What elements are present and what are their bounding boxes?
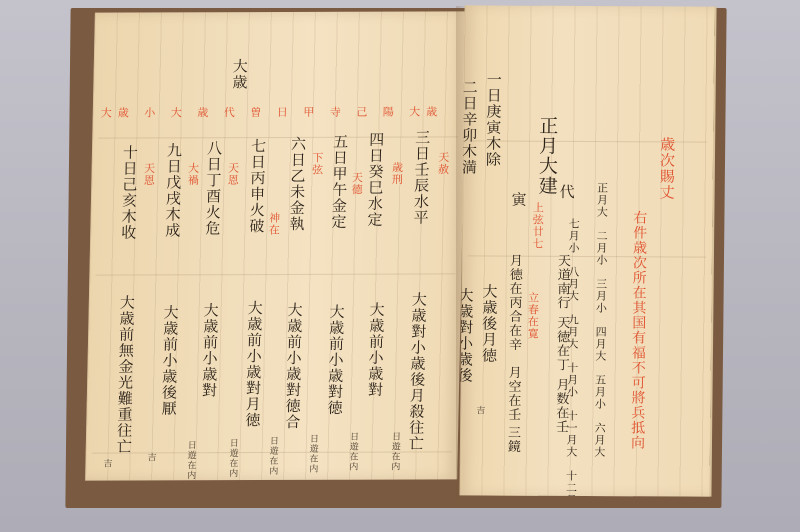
- right-page: 歳次賜丈 右件歳次所在其国有福不可將兵抵向 正月大 二月小 三月小 四月大 五月…: [459, 5, 714, 496]
- day-red-note: 神在: [268, 212, 280, 236]
- day-entry: 三日壬辰水平: [412, 129, 429, 225]
- day-entry: 七日丙申火破: [248, 138, 265, 234]
- small-note: 吉: [145, 452, 154, 462]
- small-note: 日遊在内: [347, 432, 357, 472]
- lower-entry: 大歳前小歳對: [201, 302, 218, 398]
- gettoku-column: 月徳在丙合在辛: [507, 254, 521, 352]
- lower-entry: 大歳前小歳對: [367, 302, 384, 398]
- lower-entry: 大歳前無金光難重往亡: [116, 294, 134, 454]
- red-note: 右件歳次所在其国有福不可將兵抵向: [630, 210, 647, 450]
- first-month-title: 正月大建: [537, 116, 557, 196]
- tentoku-column: 天徳在丁: [555, 316, 569, 372]
- day-entry: 六日乙未金執: [288, 136, 305, 232]
- day-red-note: 天德: [351, 172, 363, 196]
- left-page: 大歳 大歳 小 大 歳 代 曽 日 甲 寺 己 陽 大歳 三日壬辰水平 天赦 四…: [85, 11, 467, 480]
- month-label-dai: 代: [559, 184, 574, 200]
- month-item: 六月大: [594, 422, 605, 458]
- lower-entry: 大歳前小歳對月徳: [244, 300, 262, 428]
- month-item: 五月小: [594, 374, 605, 410]
- top-mark: 大歳: [231, 58, 247, 90]
- month-item: 三月小: [595, 278, 606, 314]
- lower-entry: 大歳後月徳: [481, 283, 497, 363]
- small-note: 日遊在内: [185, 440, 195, 480]
- small-note: 吉: [101, 459, 110, 469]
- day-entry: 一日庚寅木除: [485, 71, 501, 167]
- month-item: 十二月大: [565, 470, 577, 497]
- small-note: 日遊在内: [227, 438, 237, 478]
- small-note: 日遊在内: [307, 434, 317, 474]
- misc-column: 月数在壬: [554, 378, 568, 434]
- month-item: 七月小: [568, 218, 579, 254]
- day-red-note: 天赦: [437, 151, 449, 175]
- day-entry: 九日戊戌木成: [164, 142, 181, 238]
- top-red-annotations: 大歳 小 大 歳 代 曽 日 甲 寺 己 陽 大歳: [101, 103, 461, 120]
- day-red-note: 下弦: [311, 152, 323, 176]
- day-entry: 五日甲午金定: [330, 134, 347, 230]
- month-item: 二月小: [596, 230, 607, 266]
- small-note: 吉: [474, 405, 483, 415]
- lower-entry: 大歳前小歳對徳合: [284, 302, 302, 430]
- lower-entry: 大歳對小歳後: [459, 287, 472, 383]
- red-annotation: 立春在寛: [527, 292, 539, 340]
- day-entry: 二日辛卯木満: [461, 79, 477, 175]
- small-note: 日遊在内: [267, 436, 277, 476]
- day-red-note: 大禍: [187, 162, 199, 186]
- lower-entry: 大歳前小歳對徳: [326, 304, 343, 416]
- month-item: 四月大: [595, 326, 606, 362]
- day-red-note: 天恩: [227, 162, 239, 186]
- day-red-note: 歳刑: [391, 162, 403, 186]
- month-branch: 寅: [510, 192, 525, 208]
- open-almanac-book: 大歳 大歳 小 大 歳 代 曽 日 甲 寺 己 陽 大歳 三日壬辰水平 天赦 四…: [70, 6, 720, 511]
- lower-entry: 大歳對小歳後月殺往亡: [408, 291, 426, 451]
- day-entry: 八日丁酉火危: [204, 140, 221, 236]
- sankagami-column: 三鏡: [506, 426, 519, 454]
- tendo-column: 天道南行: [555, 254, 569, 310]
- red-annotation: 上弦廿七: [532, 202, 544, 250]
- heading-red: 歳次賜丈: [659, 136, 675, 200]
- getsukuu-column: 月空在壬: [506, 366, 520, 422]
- small-note: 日遊在内: [389, 432, 399, 472]
- day-red-note: 天恩: [143, 162, 155, 186]
- day-entry: 四日癸巳水定: [366, 132, 383, 228]
- month-item: 正月大: [596, 182, 607, 218]
- day-entry: 十日己亥木收: [120, 144, 137, 240]
- lower-entry: 大歳前小歳後厭: [160, 304, 177, 416]
